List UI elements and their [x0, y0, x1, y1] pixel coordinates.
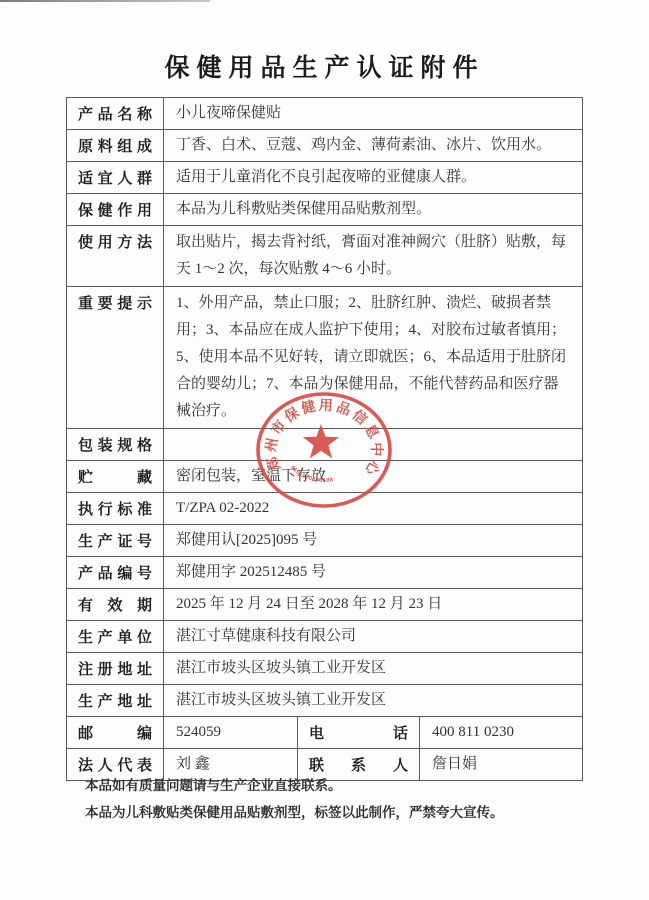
label-text: 适宜人群 [78, 167, 152, 188]
row-label: 生产地址 [67, 685, 164, 716]
row-value: 本品为儿科敷贴类保健用品贴敷剂型。 [164, 194, 582, 225]
row-label: 产品编号 [67, 557, 164, 588]
row-product-name: 产品名称 小儿夜啼保健贴 [67, 98, 582, 129]
scan-edge-artifact [0, 0, 210, 2]
row-value: 1、外用产品，禁止口服；2、肚脐红肿、溃烂、破损者禁用；3、本品应在成人监护下使… [164, 287, 582, 428]
label-text: 有效期 [78, 594, 152, 615]
label-text: 注册地址 [78, 658, 152, 679]
value-text: 湛江市坡头区坡头镇工业开发区 [176, 687, 570, 714]
row-label: 包装规格 [67, 429, 164, 460]
row-value: 郑健用认[2025]095 号 [164, 525, 582, 556]
value-text: 湛江市坡头区坡头镇工业开发区 [176, 655, 570, 682]
row-value: 400 811 0230 [420, 717, 582, 748]
row-registered-address: 注册地址 湛江市坡头区坡头镇工业开发区 [67, 652, 582, 684]
row-value [164, 429, 582, 460]
label-text: 生产地址 [78, 690, 152, 711]
label-text: 保健作用 [78, 199, 152, 220]
footer-line-1: 本品如有质量问题请与生产企业直接联系。 [85, 772, 605, 799]
row-validity-period: 有效期 2025 年 12 月 24 日至 2028 年 12 月 23 日 [67, 588, 582, 620]
value-text: 小儿夜啼保健贴 [176, 100, 570, 127]
row-value: 丁香、白术、豆蔻、鸡内金、薄荷素油、冰片、饮用水。 [164, 130, 582, 161]
label-text: 电话 [309, 722, 408, 743]
row-value: T/ZPA 02-2022 [164, 493, 582, 524]
row-value: 适用于儿童消化不良引起夜啼的亚健康人群。 [164, 162, 582, 193]
value-text: 适用于儿童消化不良引起夜啼的亚健康人群。 [176, 164, 570, 191]
row-value: 郑健用字 202512485 号 [164, 557, 582, 588]
footer-notes: 本品如有质量问题请与生产企业直接联系。 本品为儿科敷贴类保健用品贴敷剂型，标签以… [85, 772, 605, 826]
row-product-no: 产品编号 郑健用字 202512485 号 [67, 556, 582, 588]
row-label: 生产单位 [67, 621, 164, 652]
label-text: 邮编 [78, 722, 152, 743]
label-text: 使用方法 [78, 231, 152, 252]
label-text: 生产单位 [78, 626, 152, 647]
value-text: 郑健用字 202512485 号 [176, 559, 570, 586]
row-value: 2025 年 12 月 24 日至 2028 年 12 月 23 日 [164, 589, 582, 620]
label-text: 产品名称 [78, 103, 152, 124]
value-text: 郑健用认[2025]095 号 [176, 527, 570, 554]
label-text: 生产证号 [78, 530, 152, 551]
label-text: 产品编号 [78, 562, 152, 583]
row-target-group: 适宜人群 适用于儿童消化不良引起夜啼的亚健康人群。 [67, 161, 582, 193]
row-value: 取出贴片，揭去背衬纸，膏面对准神阙穴（肚脐）贴敷，每天 1～2 次，每次贴敷 4… [164, 226, 582, 286]
value-text: 524059 [176, 719, 285, 746]
page-title: 保健用品生产认证附件 [0, 48, 649, 84]
row-label: 适宜人群 [67, 162, 164, 193]
label-text: 执行标准 [78, 498, 152, 519]
row-production-address: 生产地址 湛江市坡头区坡头镇工业开发区 [67, 684, 582, 716]
value-text: 400 811 0230 [432, 719, 570, 746]
row-label: 使用方法 [67, 226, 164, 286]
row-standard: 执行标准 T/ZPA 02-2022 [67, 492, 582, 524]
certificate-table: 产品名称 小儿夜啼保健贴 原料组成 丁香、白术、豆蔻、鸡内金、薄荷素油、冰片、饮… [66, 97, 583, 781]
row-storage: 贮藏 密闭包装，室温下存放 [67, 460, 582, 492]
value-text: 取出贴片，揭去背衬纸，膏面对准神阙穴（肚脐）贴敷，每天 1～2 次，每次贴敷 4… [176, 229, 570, 283]
value-text: 湛江寸草健康科技有限公司 [176, 623, 570, 650]
row-label: 注册地址 [67, 653, 164, 684]
value-text: 2025 年 12 月 24 日至 2028 年 12 月 23 日 [176, 591, 570, 618]
row-label: 生产证号 [67, 525, 164, 556]
value-text: 本品为儿科敷贴类保健用品贴敷剂型。 [176, 196, 570, 223]
row-value: 小儿夜啼保健贴 [164, 98, 582, 129]
footer-line-2: 本品为儿科敷贴类保健用品贴敷剂型，标签以此制作，严禁夸大宣传。 [85, 799, 605, 826]
row-important-notes: 重要提示 1、外用产品，禁止口服；2、肚脐红肿、溃烂、破损者禁用；3、本品应在成… [67, 286, 582, 428]
row-value: 湛江寸草健康科技有限公司 [164, 621, 582, 652]
row-label: 邮编 [67, 717, 164, 748]
value-text: 密闭包装，室温下存放 [176, 463, 570, 490]
label-text: 重要提示 [78, 292, 152, 313]
value-text: 1、外用产品，禁止口服；2、肚脐红肿、溃烂、破损者禁用；3、本品应在成人监护下使… [176, 290, 570, 425]
row-value: 湛江市坡头区坡头镇工业开发区 [164, 653, 582, 684]
row-label: 产品名称 [67, 98, 164, 129]
label-text: 包装规格 [78, 434, 152, 455]
value-text: T/ZPA 02-2022 [176, 495, 570, 522]
row-health-function: 保健作用 本品为儿科敷贴类保健用品贴敷剂型。 [67, 193, 582, 225]
value-text: 丁香、白术、豆蔻、鸡内金、薄荷素油、冰片、饮用水。 [176, 132, 570, 159]
row-production-cert-no: 生产证号 郑健用认[2025]095 号 [67, 524, 582, 556]
row-value: 湛江市坡头区坡头镇工业开发区 [164, 685, 582, 716]
row-label: 执行标准 [67, 493, 164, 524]
row-label: 原料组成 [67, 130, 164, 161]
row-postcode-phone: 邮编 524059 电话 400 811 0230 [67, 716, 582, 748]
row-value: 524059 [164, 717, 298, 748]
row-manufacturer: 生产单位 湛江寸草健康科技有限公司 [67, 620, 582, 652]
label-text: 贮藏 [78, 466, 152, 487]
row-label: 有效期 [67, 589, 164, 620]
row-packaging-spec: 包装规格 [67, 428, 582, 460]
label-text: 原料组成 [78, 135, 152, 156]
row-ingredients: 原料组成 丁香、白术、豆蔻、鸡内金、薄荷素油、冰片、饮用水。 [67, 129, 582, 161]
row-value: 密闭包装，室温下存放 [164, 461, 582, 492]
row-label: 贮藏 [67, 461, 164, 492]
row-label: 重要提示 [67, 287, 164, 428]
row-label: 电话 [298, 717, 420, 748]
row-label: 保健作用 [67, 194, 164, 225]
row-usage-method: 使用方法 取出贴片，揭去背衬纸，膏面对准神阙穴（肚脐）贴敷，每天 1～2 次，每… [67, 225, 582, 286]
